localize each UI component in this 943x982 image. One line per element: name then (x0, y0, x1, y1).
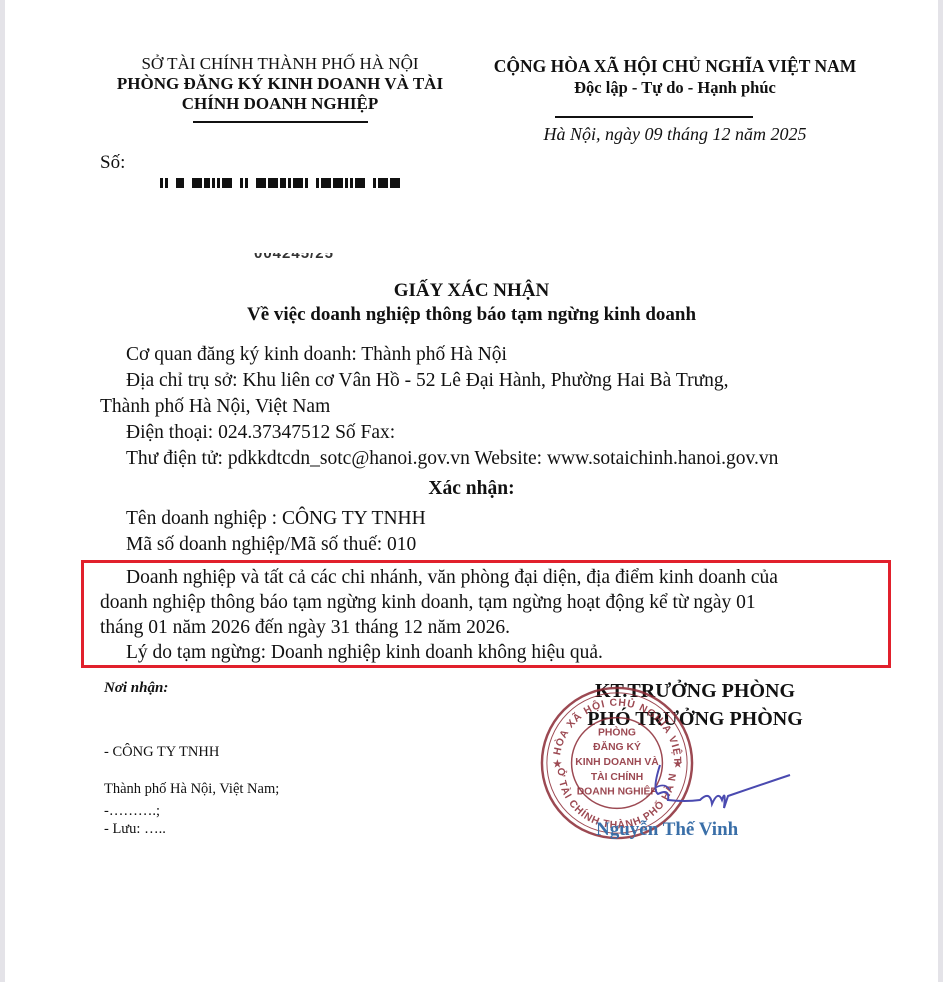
handwritten-signature-icon (640, 760, 800, 820)
notice-line2: doanh nghiệp thông báo tạm ngừng kinh do… (100, 590, 880, 615)
registration-body: Cơ quan đăng ký kinh doanh: Thành phố Hà… (100, 342, 900, 368)
motto-underline (555, 116, 753, 118)
svg-text:PHÒNG: PHÒNG (598, 725, 636, 738)
recipients-heading: Nơi nhận: (104, 680, 168, 697)
svg-text:★: ★ (553, 759, 562, 770)
suspension-notice: Doanh nghiệp và tất cả các chi nhánh, vă… (100, 565, 880, 665)
country-name: CỘNG HÒA XÃ HỘI CHỦ NGHĨA VIỆT NAM (470, 56, 880, 77)
national-motto: CỘNG HÒA XÃ HỘI CHỦ NGHĨA VIỆT NAM Độc l… (470, 56, 880, 98)
document-title: GIẤY XÁC NHẬN (0, 280, 943, 302)
doc-number-partial: 004245/25 (254, 253, 334, 261)
svg-text:TÀI CHÍNH: TÀI CHÍNH (591, 770, 643, 783)
company-name: Tên doanh nghiệp : CÔNG TY TNHH (100, 506, 900, 532)
suspension-reason: Lý do tạm ngừng: Doanh nghiệp kinh doanh… (100, 640, 880, 665)
recipient-item: - Lưu: ….. (104, 821, 166, 838)
recipient-item: Thành phố Hà Nội, Việt Nam; (104, 781, 279, 798)
phone-fax: Điện thoại: 024.37347512 Số Fax: (100, 420, 900, 446)
confirmation-heading: Xác nhận: (0, 476, 943, 502)
document-subtitle: Về việc doanh nghiệp thông báo tạm ngừng… (0, 304, 943, 326)
notice-line1: Doanh nghiệp và tất cả các chi nhánh, vă… (100, 565, 880, 590)
tax-code: Mã số doanh nghiệp/Mã số thuế: 010 (100, 532, 900, 558)
issuing-authority: SỞ TÀI CHÍNH THÀNH PHỐ HÀ NỘI PHÒNG ĐĂNG… (96, 54, 464, 114)
authority-underline (193, 121, 368, 123)
recipient-item: - CÔNG TY TNHH (104, 744, 219, 761)
motto: Độc lập - Tự do - Hạnh phúc (470, 77, 880, 98)
email-website: Thư điện tử: pdkkdtcdn_sotc@hanoi.gov.vn… (100, 446, 900, 472)
authority-name-line2: CHÍNH DOANH NGHIỆP (96, 94, 464, 114)
notice-line3: tháng 01 năm 2026 đến ngày 31 tháng 12 n… (100, 615, 880, 640)
doc-number-label: Số: (100, 152, 125, 174)
doc-number-redaction (160, 178, 400, 188)
authority-parent: SỞ TÀI CHÍNH THÀNH PHỐ HÀ NỘI (96, 54, 464, 74)
signer-name: Nguyễn Thế Vinh (596, 819, 738, 841)
svg-text:ĐĂNG KÝ: ĐĂNG KÝ (593, 740, 641, 753)
document-date: Hà Nội, ngày 09 tháng 12 năm 2025 (470, 124, 880, 145)
company-info: Tên doanh nghiệp : CÔNG TY TNHH Mã số do… (100, 506, 900, 558)
agency-info: Cơ quan đăng ký kinh doanh: Thành phố Hà… (100, 342, 900, 472)
address-line2: Thành phố Hà Nội, Việt Nam (100, 394, 900, 420)
authority-name-line1: PHÒNG ĐĂNG KÝ KINH DOANH VÀ TÀI (96, 74, 464, 94)
address-line1: Địa chỉ trụ sở: Khu liên cơ Vân Hồ - 52 … (100, 368, 900, 394)
recipient-item: -……….; (104, 803, 160, 820)
